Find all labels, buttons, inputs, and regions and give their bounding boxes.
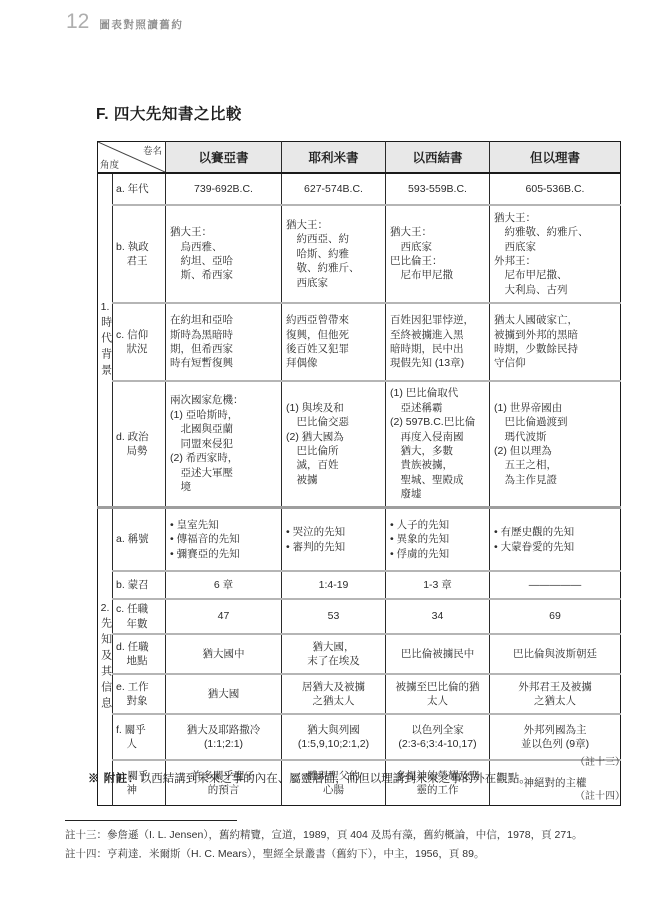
table-body: 1.時代背景a. 年代739-692B.C.627-574B.C.593-559… (98, 173, 621, 806)
table-row: b. 蒙召6 章1:4-191-3 章————— (98, 571, 621, 599)
group-number: 1. (101, 300, 110, 314)
data-cell: • 哭泣的先知 • 審判的先知 (282, 508, 386, 572)
comparison-table: 卷名 角度 以賽亞書 耶利米書 以西結書 但以理書 1.時代背景a. 年代739… (97, 141, 621, 806)
data-cell: 1-3 章 (386, 571, 490, 599)
footnote-14: 註十四： 亨莉達．米爾斯（H. C. Mears），聖經全景叢書（舊約下），中主… (65, 846, 632, 862)
data-cell: ————— (490, 571, 621, 599)
data-cell: 猶大國 (166, 674, 282, 714)
data-cell: 627-574B.C. (282, 173, 386, 205)
column-header-ezekiel: 以西結書 (386, 142, 490, 174)
data-cell: 593-559B.C. (386, 173, 490, 205)
table-notes: （註十三） ※ 附註：以西結講到未來之事的內在、屬靈層面，而但以理講到未來之事的… (88, 753, 625, 802)
table-row: d. 政治 局勢兩次國家危機： (1) 亞哈斯時， 北國與亞蘭 同盟來侵犯 (2… (98, 381, 621, 508)
note-ref-13: （註十三） (88, 753, 625, 768)
data-cell: 猶大王： 烏西雅、 約坦、亞哈 斯、希西家 (166, 205, 282, 303)
row-label-cell: e. 工作 對象 (113, 674, 166, 714)
comparison-table-wrapper: 卷名 角度 以賽亞書 耶利米書 以西結書 但以理書 1.時代背景a. 年代739… (97, 141, 620, 806)
group-number: 2. (101, 601, 110, 615)
group-label: 先知及其信息 (97, 617, 112, 713)
footnote-14-text: 亨莉達．米爾斯（H. C. Mears），聖經全景叢書（舊約下），中主，1956… (107, 846, 632, 862)
row-label-cell: a. 稱號 (113, 508, 166, 572)
data-cell: 百姓因犯罪悖逆， 至終被擄進入黑 暗時期，民中出 現假先知 (13章) (386, 303, 490, 381)
data-cell: 34 (386, 599, 490, 634)
footnotes-block: 註十三： 參詹遜（I. L. Jensen），舊約精覽，宣道，1989，頁 40… (65, 820, 632, 866)
table-row: e. 工作 對象猶大國居猶大及被擄 之猶太人被擄至巴比倫的猶 太人外邦君王及被擄… (98, 674, 621, 714)
column-header-jeremiah: 耶利米書 (282, 142, 386, 174)
data-cell: 猶大國中 (166, 634, 282, 674)
remark-text: 以西結講到未來之事的內在、屬靈層面，而但以理講到未來之事的外在觀點。 (140, 773, 531, 785)
footnote-13-label: 註十三： (65, 827, 107, 843)
data-cell: 在約坦和亞哈 斯時為黑暗時 期，但希西家 時有短暫復興 (166, 303, 282, 381)
data-cell: 605-536B.C. (490, 173, 621, 205)
running-head-title: 圖表對照讀舊約 (99, 17, 183, 32)
row-label-cell: d. 任職 地點 (113, 634, 166, 674)
row-label-cell: c. 任職 年數 (113, 599, 166, 634)
data-cell: 猶太人國破家亡， 被擄到外邦的黑暗 時期，少數餘民持 守信仰 (490, 303, 621, 381)
row-label-cell: d. 政治 局勢 (113, 381, 166, 508)
row-label-cell: c. 信仰 狀況 (113, 303, 166, 381)
corner-label-book: 卷名 (143, 143, 162, 157)
group-label: 時代背景 (97, 316, 112, 380)
row-label-cell: b. 執政 君王 (113, 205, 166, 303)
page-number: 12 (66, 10, 89, 34)
group-cell: 1.時代背景 (98, 173, 113, 508)
note-ref-14: （註十四） (88, 787, 625, 802)
remark-line: ※ 附註：以西結講到未來之事的內在、屬靈層面，而但以理講到未來之事的外在觀點。 (88, 770, 625, 786)
data-cell: 被擄至巴比倫的猶 太人 (386, 674, 490, 714)
footnote-14-label: 註十四： (65, 846, 107, 862)
footnote-13: 註十三： 參詹遜（I. L. Jensen），舊約精覽，宣道，1989，頁 40… (65, 827, 632, 843)
data-cell: 6 章 (166, 571, 282, 599)
row-label-cell: b. 蒙召 (113, 571, 166, 599)
data-cell: 猶大國， 末了在埃及 (282, 634, 386, 674)
table-row: b. 執政 君王猶大王： 烏西雅、 約坦、亞哈 斯、希西家猶大王： 約西亞、約 … (98, 205, 621, 303)
corner-label-angle: 角度 (100, 157, 119, 171)
table-header-row: 卷名 角度 以賽亞書 耶利米書 以西結書 但以理書 (98, 142, 621, 174)
data-cell: 兩次國家危機： (1) 亞哈斯時， 北國與亞蘭 同盟來侵犯 (2) 希西家時， … (166, 381, 282, 508)
data-cell: 猶大王： 約西亞、約 哈斯、約雅 敬、約雅斤、 西底家 (282, 205, 386, 303)
data-cell: 外邦君王及被擄 之猶太人 (490, 674, 621, 714)
table-row: c. 任職 年數47533469 (98, 599, 621, 634)
document-page: 12 圖表對照讀舊約 F. 四大先知書之比較 卷名 角度 以賽亞書 (0, 0, 662, 908)
data-cell: 居猶大及被擄 之猶太人 (282, 674, 386, 714)
data-cell: 47 (166, 599, 282, 634)
footnote-separator-rule (65, 820, 237, 821)
data-cell: (1) 巴比倫取代 亞述稱霸 (2) 597B.C.巴比倫 再度入侵南國 猶大，… (386, 381, 490, 508)
section-title: F. 四大先知書之比較 (96, 102, 242, 124)
data-cell: 巴比倫被擄民中 (386, 634, 490, 674)
data-cell: 739-692B.C. (166, 173, 282, 205)
data-cell: • 人子的先知 • 異象的先知 • 俘虜的先知 (386, 508, 490, 572)
running-header: 12 圖表對照讀舊約 (66, 10, 183, 34)
data-cell: 53 (282, 599, 386, 634)
remark-prefix: ※ 附註： (88, 773, 140, 785)
data-cell: 69 (490, 599, 621, 634)
data-cell: • 有歷史觀的先知 • 大蒙眷愛的先知 (490, 508, 621, 572)
data-cell: (1) 世界帝國由 巴比倫過渡到 瑪代波斯 (2) 但以理為 五王之相， 為主作… (490, 381, 621, 508)
footnote-13-text: 參詹遜（I. L. Jensen），舊約精覽，宣道，1989，頁 404 及馬有… (107, 827, 632, 843)
data-cell: 猶大王： 西底家 巴比倫王： 尼布甲尼撒 (386, 205, 490, 303)
data-cell: 猶大王： 約雅敬、約雅斤、 西底家 外邦王： 尼布甲尼撒、 大利烏、古列 (490, 205, 621, 303)
corner-header-cell: 卷名 角度 (98, 142, 166, 174)
data-cell: (1) 與埃及和 巴比倫交惡 (2) 猶大國為 巴比倫所 滅，百姓 被擄 (282, 381, 386, 508)
data-cell: 巴比倫與波斯朝廷 (490, 634, 621, 674)
table-row: 1.時代背景a. 年代739-692B.C.627-574B.C.593-559… (98, 173, 621, 205)
row-label-cell: a. 年代 (113, 173, 166, 205)
table-row: d. 任職 地點猶大國中猶大國， 末了在埃及巴比倫被擄民中巴比倫與波斯朝廷 (98, 634, 621, 674)
column-header-isaiah: 以賽亞書 (166, 142, 282, 174)
data-cell: 1:4-19 (282, 571, 386, 599)
table-row: c. 信仰 狀況在約坦和亞哈 斯時為黑暗時 期，但希西家 時有短暫復興約西亞曾帶… (98, 303, 621, 381)
data-cell: 約西亞曾帶來 復興，但他死 後百姓又犯罪 拜偶像 (282, 303, 386, 381)
column-header-daniel: 但以理書 (490, 142, 621, 174)
data-cell: • 皇室先知 • 傳福音的先知 • 彌賽亞的先知 (166, 508, 282, 572)
table-row: 2.先知及其信息a. 稱號• 皇室先知 • 傳福音的先知 • 彌賽亞的先知• 哭… (98, 508, 621, 572)
